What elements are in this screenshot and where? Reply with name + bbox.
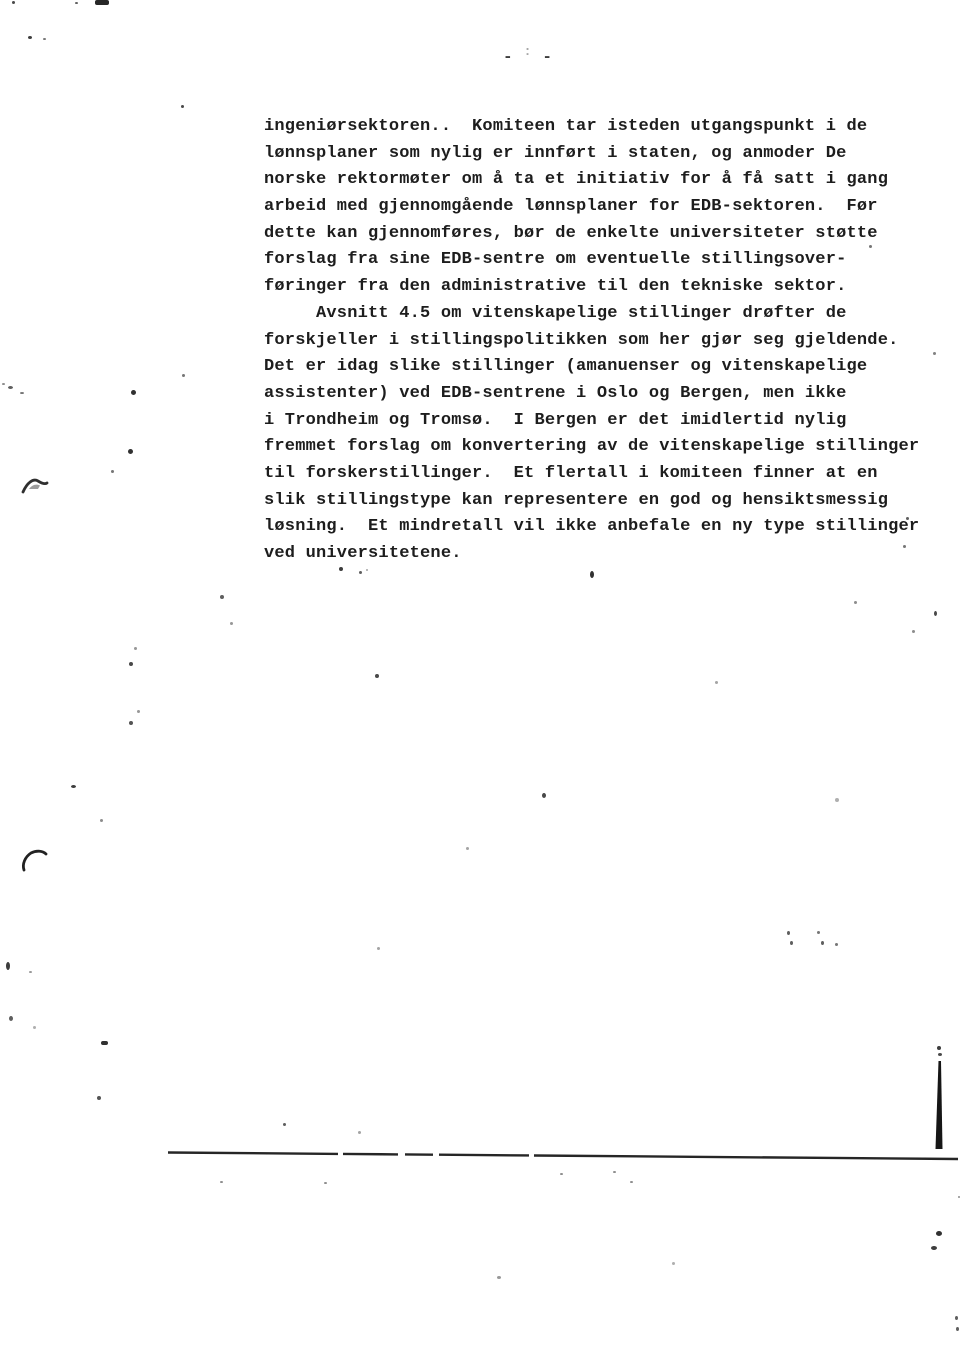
text-line: løsning. Et mindretall vil ikke anbefale… <box>264 514 944 541</box>
scan-speck <box>220 595 224 599</box>
scan-speck <box>377 947 380 950</box>
scan-speck <box>912 630 915 633</box>
scan-speck <box>542 793 546 798</box>
scan-speck <box>821 941 824 945</box>
text-line: norske rektormøter om å ta et initiativ … <box>264 167 944 194</box>
text-line: assistenter) ved EDB-sentrene i Oslo og … <box>264 381 944 408</box>
scan-speck <box>283 1123 286 1126</box>
text-line: i Trondheim og Tromsø. I Bergen er det i… <box>264 408 944 435</box>
scan-speck <box>903 545 906 548</box>
text-line: ved universitetene. <box>264 541 944 568</box>
scan-speck <box>933 352 936 355</box>
scan-speck <box>835 943 838 946</box>
scan-speck <box>590 571 594 578</box>
scan-speck <box>230 622 233 625</box>
scan-speck <box>129 721 133 725</box>
scan-speck <box>790 941 793 945</box>
text-line: arbeid med gjennomgående lønnsplaner for… <box>264 194 944 221</box>
scan-speck <box>8 386 13 389</box>
scan-speck <box>835 798 839 802</box>
scan-speck <box>931 1246 937 1250</box>
document-text: ingeniørsektoren.. Komiteen tar isteden … <box>264 114 944 568</box>
scan-speck <box>134 647 137 650</box>
scan-speck <box>936 1231 942 1236</box>
scan-speck <box>339 567 343 571</box>
scan-speck <box>787 931 790 935</box>
scan-speck <box>955 1316 958 1320</box>
handwritten-arc-lower <box>23 851 46 870</box>
scan-speck <box>938 1053 942 1056</box>
scan-speck <box>33 1026 36 1029</box>
scan-speck <box>97 1096 101 1100</box>
page-marker-separator: : <box>524 44 532 62</box>
scan-speck <box>129 662 133 666</box>
scan-speck <box>28 36 32 39</box>
scan-speck <box>630 1181 633 1183</box>
vertical-bar-mark <box>936 1061 943 1149</box>
scan-speck <box>672 1262 675 1265</box>
text-line: dette kan gjennomføres, bør de enkelte u… <box>264 221 944 248</box>
scan-speck <box>359 571 362 574</box>
text-line: til forskerstillinger. Et flertall i kom… <box>264 461 944 488</box>
page-number-marker: - : - <box>503 48 552 66</box>
scan-speck <box>2 383 5 385</box>
scan-speck <box>111 470 114 473</box>
scan-speck <box>6 962 10 970</box>
text-line: forskjeller i stillingspolitikken som he… <box>264 328 944 355</box>
text-line: slik stillingstype kan representere en g… <box>264 488 944 515</box>
page-marker-dash-left: - <box>503 48 513 66</box>
scan-speck <box>75 2 78 4</box>
scan-speck <box>324 1182 327 1184</box>
text-line: Avsnitt 4.5 om vitenskapelige stillinger… <box>264 301 944 328</box>
scan-speck <box>375 674 379 678</box>
scan-speck <box>817 931 820 934</box>
scan-speck <box>101 1041 108 1045</box>
scan-speck <box>71 785 76 788</box>
scan-speck <box>956 1327 959 1331</box>
text-line: ingeniørsektoren.. Komiteen tar isteden … <box>264 114 944 141</box>
text-line: føringer fra den administrative til den … <box>264 274 944 301</box>
scan-speck <box>29 971 32 973</box>
scan-speck <box>181 105 184 108</box>
scan-speck <box>854 601 857 604</box>
scan-speck <box>182 374 185 377</box>
scan-speck <box>497 1276 501 1279</box>
horizontal-rule-line <box>168 1153 958 1160</box>
scan-speck <box>869 245 872 248</box>
text-line: fremmet forslag om konvertering av de vi… <box>264 434 944 461</box>
handwritten-squiggle-upper-shade <box>29 485 40 489</box>
scan-speck <box>137 710 140 713</box>
scan-speck <box>131 390 136 395</box>
page-marker-dash-right: - <box>542 48 552 66</box>
scan-speck <box>43 38 46 40</box>
scan-speck <box>95 0 109 5</box>
scan-speck <box>358 1131 361 1134</box>
scan-speck <box>220 1181 223 1183</box>
scan-speck <box>20 392 24 394</box>
scan-speck <box>715 681 718 684</box>
text-line: forslag fra sine EDB-sentre om eventuell… <box>264 247 944 274</box>
scan-speck <box>366 569 368 571</box>
scan-speck <box>100 819 103 822</box>
scan-speck <box>906 517 909 520</box>
handwritten-squiggle-upper <box>23 480 47 492</box>
scan-speck <box>466 847 469 850</box>
text-line: lønnsplaner som nylig er innført i state… <box>264 141 944 168</box>
scan-speck <box>128 449 133 454</box>
scan-speck <box>613 1171 616 1173</box>
scan-speck <box>12 1 15 4</box>
scan-speck <box>560 1173 563 1175</box>
scan-speck <box>934 611 937 616</box>
scan-speck <box>937 1046 941 1050</box>
text-line: Det er idag slike stillinger (amanuenser… <box>264 354 944 381</box>
scanned-document-page: - : - ingeniørsektoren.. Komiteen tar is… <box>0 0 960 1360</box>
scan-speck <box>9 1016 13 1021</box>
